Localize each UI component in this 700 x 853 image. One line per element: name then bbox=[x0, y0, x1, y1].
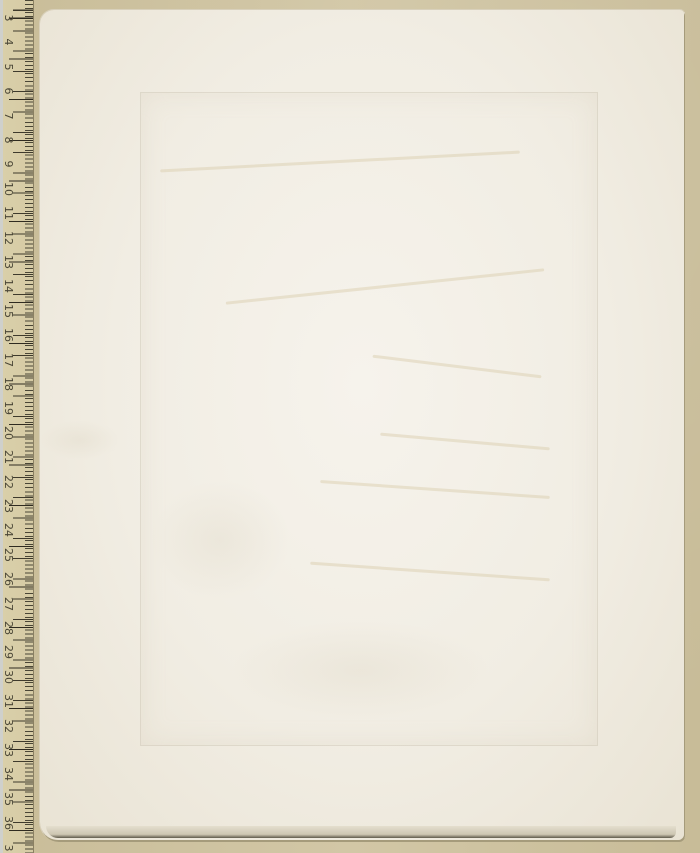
ruler-label: 25 bbox=[2, 548, 14, 562]
ruler-label: 34 bbox=[2, 767, 14, 781]
ruler-label: 35 bbox=[2, 792, 14, 806]
ruler-label: 31 bbox=[2, 694, 14, 708]
centimeter-ruler: 3456789101112131415161718192021222324252… bbox=[0, 0, 34, 853]
paper-bottom-edge bbox=[46, 826, 676, 838]
ruler-label: 20 bbox=[2, 426, 14, 440]
ruler-label: 4 bbox=[2, 35, 14, 49]
ruler-label: 5 bbox=[2, 60, 14, 74]
ruler-label: 18 bbox=[2, 377, 14, 391]
ruler-label: 9 bbox=[2, 157, 14, 171]
ruler-label: 29 bbox=[2, 645, 14, 659]
ruler-label: 6 bbox=[2, 84, 14, 98]
ruler-label: 3 bbox=[2, 841, 14, 853]
ruler-label: 10 bbox=[2, 182, 14, 196]
ruler-label: 33 bbox=[2, 743, 14, 757]
ruler-label: 11 bbox=[2, 206, 14, 220]
ruler-label: 7 bbox=[2, 109, 14, 123]
ruler-label: 36 bbox=[2, 816, 14, 830]
ruler-label: 13 bbox=[2, 255, 14, 269]
ruler-label: 26 bbox=[2, 572, 14, 586]
paper-stain bbox=[230, 620, 490, 720]
ruler-label: 24 bbox=[2, 523, 14, 537]
ruler-label: 21 bbox=[2, 450, 14, 464]
ruler-label: 16 bbox=[2, 328, 14, 342]
ruler-label: 23 bbox=[2, 499, 14, 513]
ruler-label: 19 bbox=[2, 401, 14, 415]
paper-stain bbox=[150, 480, 290, 600]
ruler-label: 27 bbox=[2, 597, 14, 611]
ruler-label: 17 bbox=[2, 353, 14, 367]
ruler-label: 22 bbox=[2, 475, 14, 489]
ruler-label: 30 bbox=[2, 670, 14, 684]
ruler-label: 3 bbox=[2, 11, 14, 25]
paper-stain bbox=[40, 420, 120, 460]
ruler-label: 32 bbox=[2, 719, 14, 733]
ruler-label: 28 bbox=[2, 621, 14, 635]
ruler-label: 15 bbox=[2, 304, 14, 318]
ruler-label: 14 bbox=[2, 279, 14, 293]
ruler-label: 12 bbox=[2, 231, 14, 245]
ruler-label: 8 bbox=[2, 133, 14, 147]
